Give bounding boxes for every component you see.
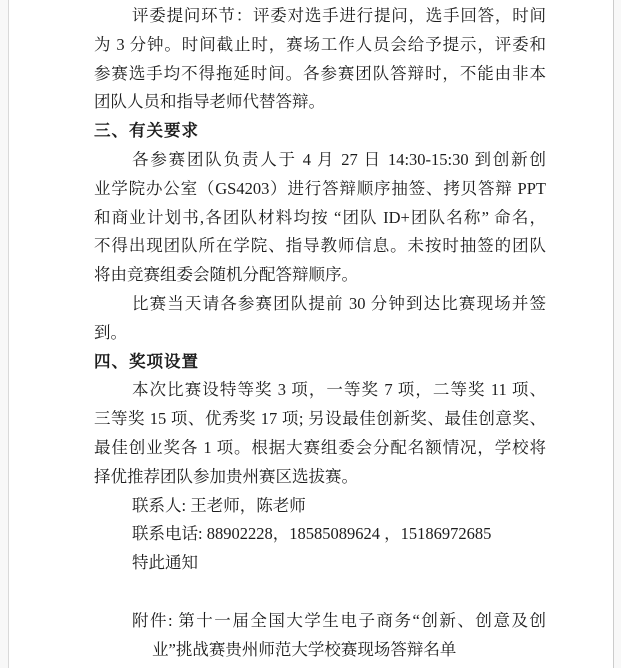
contact-phone-line: 联系电话: 88902228，18585089624 ，15186972685	[94, 520, 546, 549]
body-line: 团队人员和指导老师代替答辩。	[94, 88, 546, 117]
body-line: 各参赛团队负责人于 4 月 27 日 14:30-15:30 到创新创	[94, 146, 546, 175]
body-line: 参赛选手均不得拖延时间。各参赛团队答辩时，不能由非本	[94, 60, 546, 89]
body-line: 三等奖 15 项、优秀奖 17 项; 另设最佳创新奖、最佳创意奖、	[94, 405, 546, 434]
body-line: 业学院办公室（GS4203）进行答辩顺序抽签、拷贝答辩 PPT	[94, 175, 546, 204]
body-line: 为 3 分钟。时间截止时，赛场工作人员会给予提示，评委和	[94, 31, 546, 60]
section-heading-awards: 四、奖项设置	[94, 348, 546, 377]
blank-line	[94, 578, 546, 607]
attachment-line: 附件: 第十一届全国大学生电子商务“创新、创意及创	[94, 607, 546, 636]
notice-closing-line: 特此通知	[94, 549, 546, 578]
body-line: 将由竞赛组委会随机分配答辩顺序。	[94, 261, 546, 290]
document-body: 评委提问环节：评委对选手进行提问，选手回答，时间 为 3 分钟。时间截止时，赛场…	[94, 2, 546, 664]
attachment-line: 业”挑战赛贵州师范大学校赛现场答辩名单	[94, 636, 546, 665]
body-line: 到。	[94, 319, 546, 348]
body-line: 评委提问环节：评委对选手进行提问，选手回答，时间	[94, 2, 546, 31]
body-line: 和商业计划书,各团队材料均按 “团队 ID+团队名称” 命名，	[94, 204, 546, 233]
document-page: 评委提问环节：评委对选手进行提问，选手回答，时间 为 3 分钟。时间截止时，赛场…	[8, 0, 614, 668]
body-line: 择优推荐团队参加贵州赛区选拔赛。	[94, 463, 546, 492]
contact-person-line: 联系人: 王老师，陈老师	[94, 492, 546, 521]
body-line: 最佳创业奖各 1 项。根据大赛组委会分配名额情况，学校将	[94, 434, 546, 463]
body-line: 不得出现团队所在学院、指导教师信息。未按时抽签的团队	[94, 232, 546, 261]
body-line: 本次比赛设特等奖 3 项，一等奖 7 项，二等奖 11 项、	[94, 376, 546, 405]
section-heading-requirements: 三、有关要求	[94, 117, 546, 146]
body-line: 比赛当天请各参赛团队提前 30 分钟到达比赛现场并签	[94, 290, 546, 319]
